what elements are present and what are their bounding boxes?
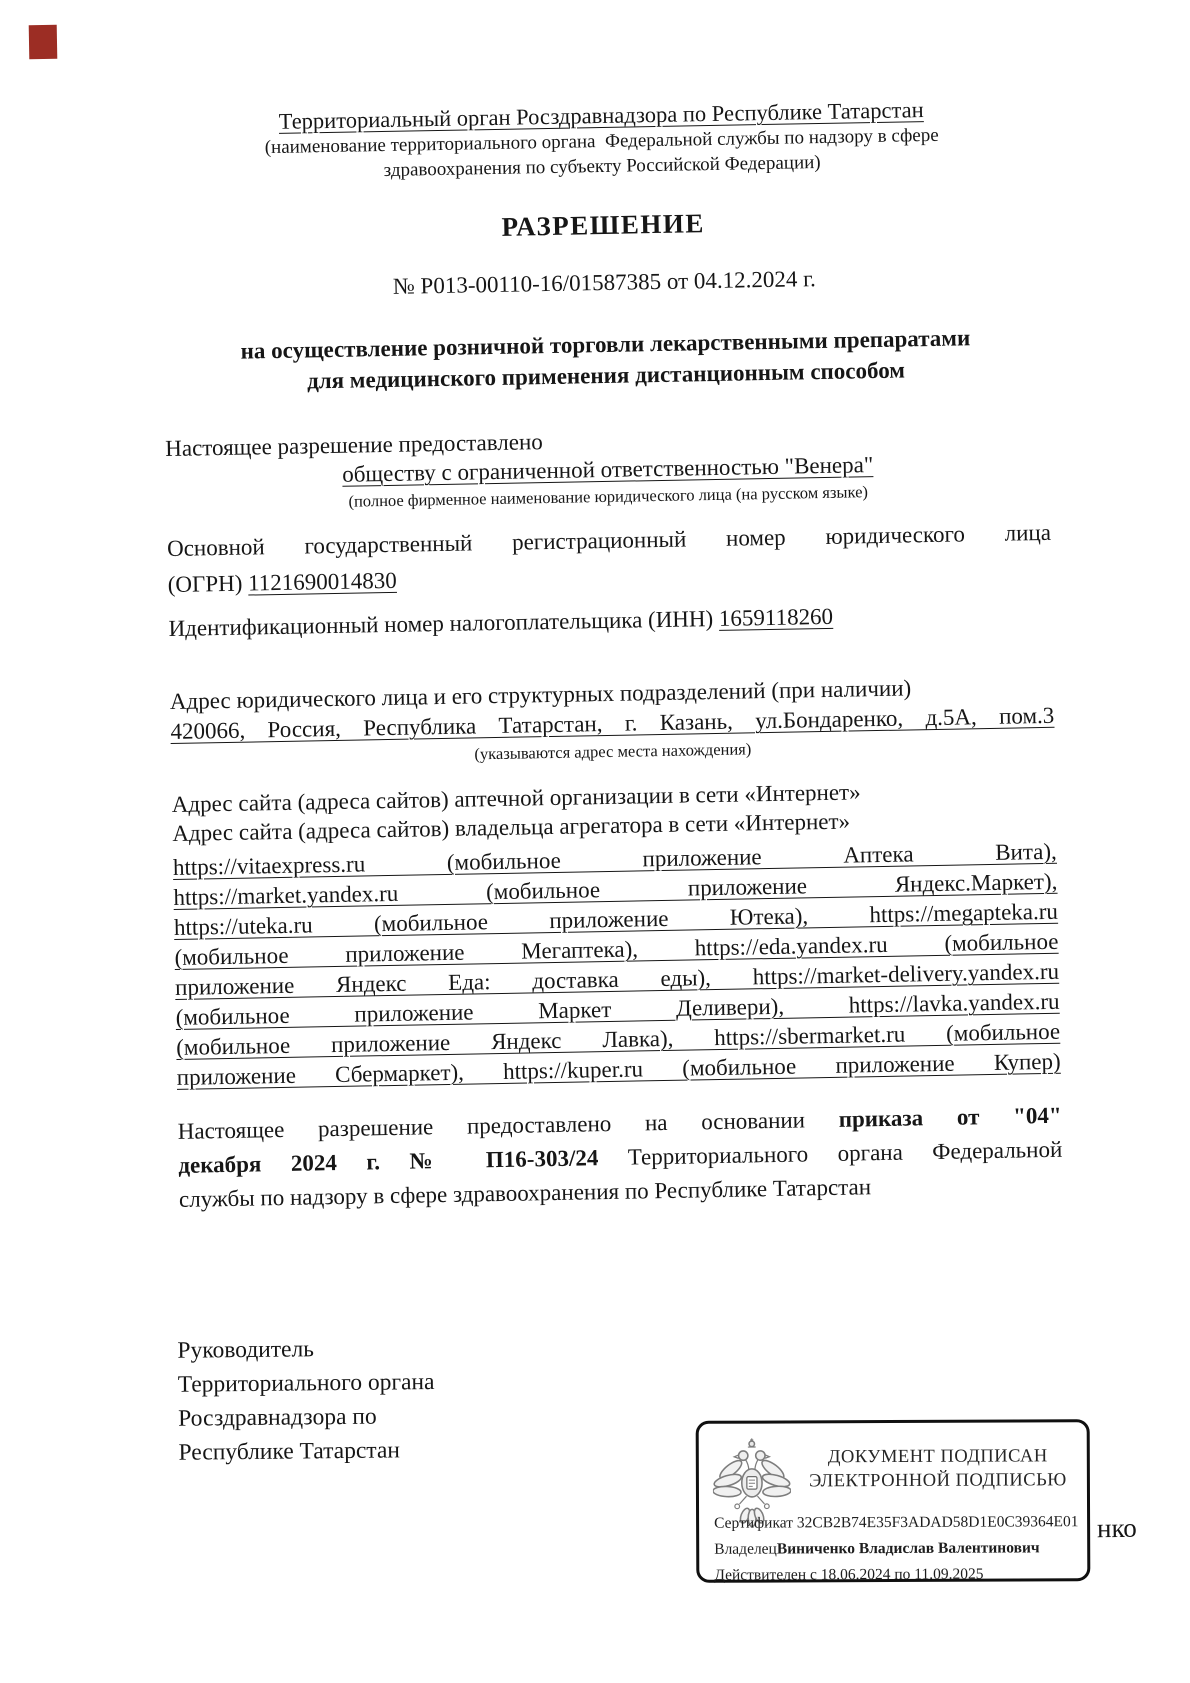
basis-paragraph: Настоящее разрешение предоставлено на ос…	[177, 1099, 1063, 1217]
document-title: РАЗРЕШЕНИЕ	[161, 201, 1045, 249]
permit-number: № Р013-00110-16/01587385 от 04.12.2024 г…	[162, 261, 1046, 305]
signatory-title-line3: Росздравнадзора по	[178, 1398, 508, 1435]
signatory-title-block: Руководитель Территориального органа Рос…	[177, 1330, 508, 1469]
ogrn-prefix: (ОГРН)	[168, 571, 243, 597]
document-content: Территориальный орган Росздравнадзора по…	[159, 95, 1063, 1217]
stamp-owner-label: Владелец	[714, 1541, 777, 1558]
permit-subject: на осуществление розничной торговли лека…	[163, 321, 1048, 399]
stamp-certificate-line: Сертификат 32CB2B74E35F3ADAD58D1E0C39364…	[714, 1512, 1079, 1534]
electronic-signature-stamp: ДОКУМЕНТ ПОДПИСАН ЭЛЕКТРОННОЙ ПОДПИСЬЮ С…	[696, 1419, 1091, 1583]
basis-line2-text: Территориального органа Федеральной	[628, 1137, 1063, 1170]
stamp-owner-line: ВладелецВиниченко Владислав Валентинович	[714, 1538, 1079, 1560]
ogrn-value: 1121690014830	[248, 568, 399, 596]
inn-label: Идентификационный номер налогоплательщик…	[168, 606, 713, 641]
signatory-title-line2: Территориального органа	[178, 1364, 508, 1401]
signatory-title-line4: Республике Татарстан	[178, 1432, 508, 1469]
stamp-title-line2: ЭЛЕКТРОННОЙ ПОДПИСЬЮ	[795, 1468, 1081, 1493]
signatory-title-line1: Руководитель	[177, 1330, 507, 1367]
document-page: Территориальный орган Росздравнадзора по…	[0, 0, 1190, 1683]
stamp-validity-line: Действителен с 18.06.2024 по 11.09.2025	[714, 1564, 1079, 1586]
site-urls-block: https://vitaexpress.ru (мобильное прилож…	[173, 837, 1061, 1093]
stamp-certificate-value: 32CB2B74E35F3ADAD58D1E0C39364E01	[797, 1513, 1079, 1531]
signatory-name-partial: нко	[1097, 1513, 1137, 1545]
scan-red-mark	[29, 25, 58, 59]
inn-value: 1659118260	[719, 604, 834, 631]
basis-line1-order: приказа от "04"	[838, 1103, 1061, 1132]
basis-line2-order: декабря 2024 г. № П16-303/24	[178, 1145, 598, 1178]
stamp-owner-value: Виниченко Владислав Валентинович	[777, 1539, 1040, 1557]
inn-line: Идентификационный номер налогоплательщик…	[168, 598, 1052, 644]
stamp-title: ДОКУМЕНТ ПОДПИСАН ЭЛЕКТРОННОЙ ПОДПИСЬЮ	[795, 1444, 1081, 1493]
stamp-title-line1: ДОКУМЕНТ ПОДПИСАН	[795, 1444, 1081, 1469]
stamp-certificate-label: Сертификат	[714, 1514, 793, 1531]
